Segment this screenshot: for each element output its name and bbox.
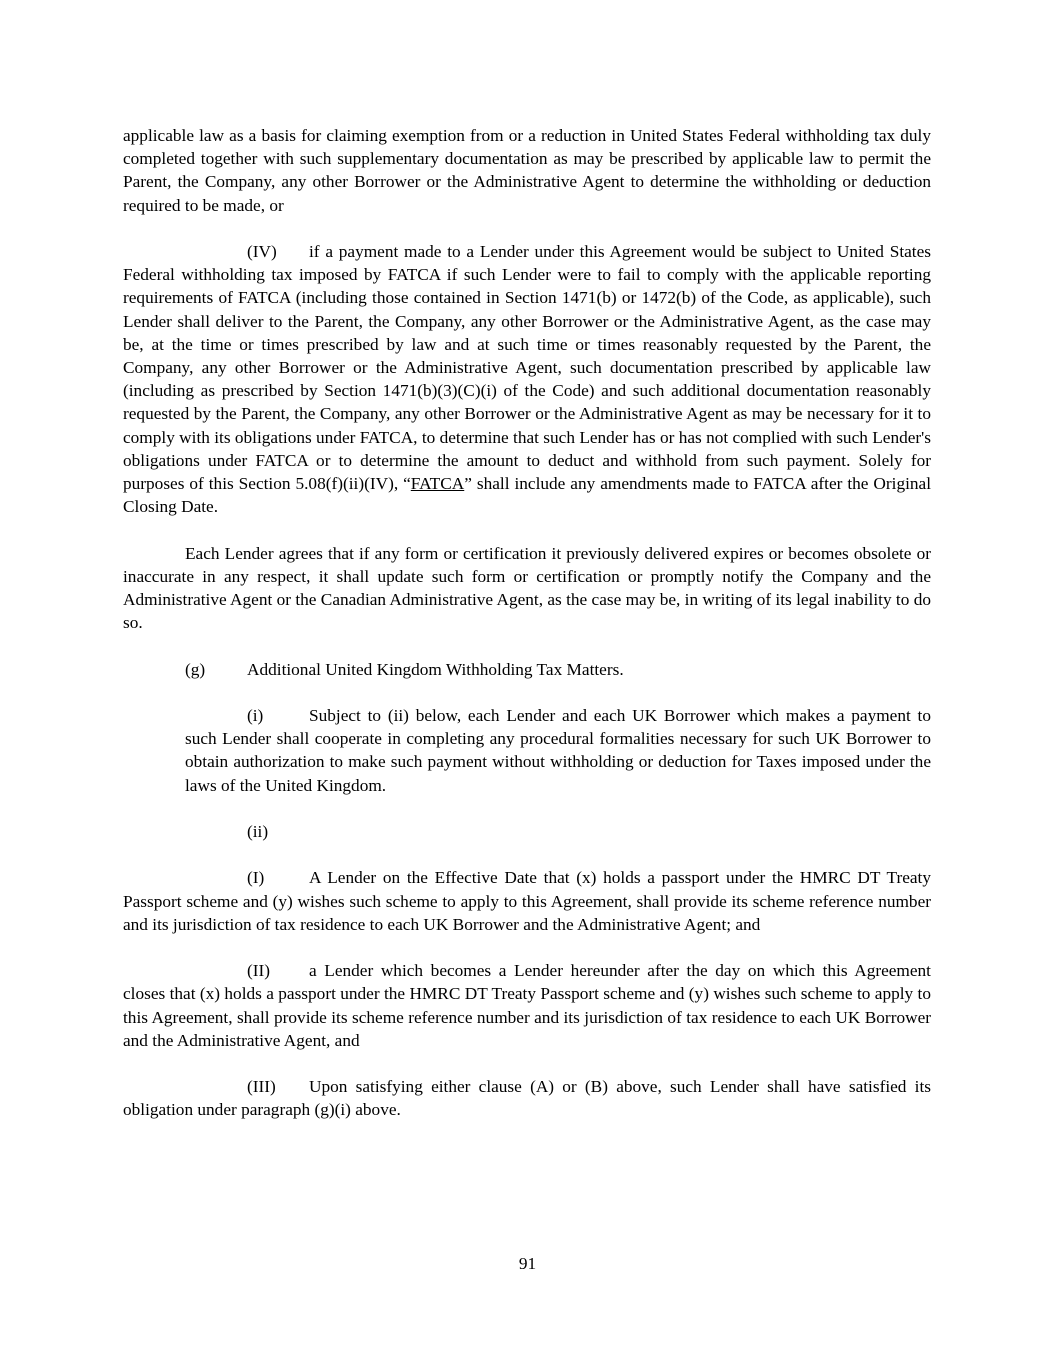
clause-label-g-i: (i): [247, 704, 309, 727]
paragraph-clause-II: (II)a Lender which becomes a Lender here…: [123, 959, 931, 1052]
clause-g-heading: Additional United Kingdom Withholding Ta…: [247, 660, 624, 679]
page-number: 91: [0, 1252, 1055, 1275]
clause-III-text: Upon satisfying either clause (A) or (B)…: [123, 1077, 931, 1119]
clause-label-III: (III): [247, 1075, 309, 1098]
paragraph-continuation: applicable law as a basis for claiming e…: [123, 124, 931, 217]
paragraph-clause-I: (I)A Lender on the Effective Date that (…: [123, 866, 931, 936]
clause-label-g-ii: (ii): [247, 820, 309, 843]
paragraph-clause-g-i: (i)Subject to (ii) below, each Lender an…: [185, 704, 931, 797]
paragraph-clause-g: (g)Additional United Kingdom Withholding…: [123, 658, 931, 681]
clause-II-text: a Lender which becomes a Lender hereunde…: [123, 961, 931, 1050]
clause-label-I: (I): [247, 866, 309, 889]
document-body: applicable law as a basis for claiming e…: [123, 124, 931, 1122]
document-page: applicable law as a basis for claiming e…: [0, 0, 1055, 1365]
clause-I-text: A Lender on the Effective Date that (x) …: [123, 868, 931, 933]
paragraph-clause-III: (III)Upon satisfying either clause (A) o…: [123, 1075, 931, 1121]
clause-label-II: (II): [247, 959, 309, 982]
paragraph-clause-iv: (IV)if a payment made to a Lender under …: [123, 240, 931, 518]
clause-iv-text-before: if a payment made to a Lender under this…: [123, 242, 931, 493]
paragraph-each-lender: Each Lender agrees that if any form or c…: [123, 542, 931, 635]
clause-label-iv: (IV): [247, 240, 309, 263]
defined-term-fatca: FATCA: [411, 474, 464, 493]
paragraph-clause-g-ii: (ii): [123, 820, 931, 843]
clause-label-g: (g): [185, 658, 247, 681]
